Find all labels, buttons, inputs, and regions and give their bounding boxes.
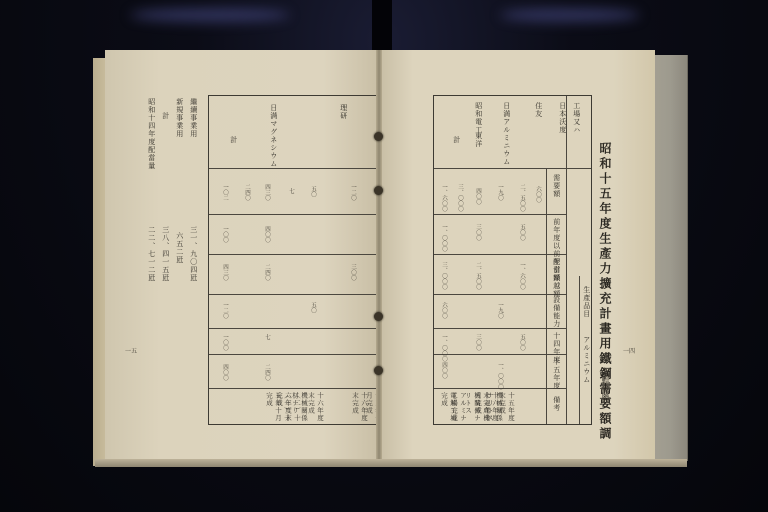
right-page: 工場又ハ 日本沃度 住友 日満アルミニウム 昭和電工 東洋 計 需要額 前年度以…	[380, 50, 655, 460]
book-gutter	[376, 50, 382, 460]
cell-value: 七	[287, 188, 295, 194]
cell-value: 三、〇〇〇	[440, 262, 448, 290]
left-page: 工場又ハ 日本マグネシウム 旭電化 理研 日满マグネシウム 計 需要額 前年度以…	[105, 50, 378, 460]
company-name: 昭和電工	[474, 102, 482, 134]
binding-hole	[374, 312, 383, 321]
company-name: 日满マグネシウム	[269, 104, 277, 168]
summary-value: 六五二瓩	[175, 232, 183, 264]
cell-value: 二四〇	[263, 364, 271, 381]
summary-value: 三一、九〇四瓩	[189, 226, 197, 282]
row-label: 需要額	[552, 174, 560, 198]
cell-value: 五〇〇	[518, 334, 526, 351]
cell-value: 四〇〇	[474, 188, 482, 205]
remark: 十六年度末完成	[351, 392, 369, 424]
cell-value: 三〇〇	[474, 334, 482, 351]
page-number: 一五	[125, 346, 137, 355]
cell-value: 一九〇	[496, 184, 504, 201]
page-number: 一四	[623, 346, 635, 355]
product-name: アルミニウム	[582, 336, 590, 384]
cell-value: 六〇〇	[440, 302, 448, 319]
cell-value: 二、五〇〇	[518, 184, 526, 212]
remark: 電解工場完成	[440, 392, 458, 424]
cell-value: 五〇〇	[518, 224, 526, 241]
cell-value: 五〇	[309, 302, 317, 313]
cell-value: 一九〇	[496, 302, 504, 319]
cell-value: 三〇〇	[349, 264, 357, 281]
summary-label: 繼續事業用	[189, 98, 197, 138]
company-name: 理研	[339, 104, 347, 120]
remark: （一）十五年十月完成	[265, 392, 292, 424]
cell-value: 一二〇	[221, 302, 229, 319]
cell-value: 五〇	[309, 186, 317, 197]
company-name: 住友	[534, 102, 542, 118]
cell-value: 四三〇	[221, 264, 229, 281]
cell-value: 一二〇	[349, 184, 357, 201]
row-label: 備考	[552, 396, 560, 412]
summary-value: 二二、七一二瓩	[147, 226, 155, 282]
product-label: 生產品目	[582, 286, 590, 318]
total-label: 計	[452, 136, 460, 144]
row-label: 十五年度	[552, 358, 560, 390]
background-light-reflection	[500, 8, 640, 22]
background-light-reflection	[130, 8, 290, 22]
summary-value: 三八、四一五瓩	[161, 226, 169, 282]
company-name: 東洋	[474, 132, 482, 148]
remark: 十六年度末完成	[307, 392, 325, 424]
company-name: 日満アルミニウム	[502, 102, 510, 166]
cell-value: 七	[263, 334, 271, 340]
summary-label: 新規事業用	[175, 98, 183, 138]
summary-label: 計	[161, 112, 169, 120]
cell-value: 二四〇	[263, 264, 271, 281]
page-bottom-edge	[95, 459, 687, 467]
cell-value: 二四〇	[243, 184, 251, 201]
remark: 十六年度末完成機械關係ナリトス	[464, 392, 500, 424]
cell-value: 一、六〇〇	[518, 262, 526, 290]
cell-value: 一、〇〇〇	[496, 362, 504, 390]
cell-value: 四〇〇	[221, 364, 229, 381]
cell-value: 一、〇〇〇	[440, 224, 448, 252]
binding-hole	[374, 132, 383, 141]
cell-value: 一、六〇〇	[440, 184, 448, 212]
cell-value: 一〇〇	[221, 334, 229, 351]
cell-value: 二、五〇〇	[474, 262, 482, 290]
cell-value: 三、〇〇〇	[456, 184, 464, 212]
cell-value: 四〇〇	[263, 226, 271, 243]
company-name: 日本沃度	[558, 102, 566, 134]
background-shadow	[372, 0, 392, 50]
cell-value: 一〇〇	[221, 226, 229, 243]
cell-value: 一〇二	[221, 184, 229, 201]
summary-label: 昭和十四年度配當量	[147, 98, 155, 170]
document-subtitle: （輕金屬）	[600, 368, 611, 408]
row-label: 差引繰越額	[552, 258, 560, 298]
row-label: 設備能力	[552, 296, 560, 328]
binding-hole	[374, 186, 383, 195]
binding-hole	[374, 366, 383, 375]
header-factory-label: 工場又ハ	[572, 102, 580, 134]
cell-value: 一、〇〇〇	[440, 334, 448, 362]
total-label: 計	[229, 136, 237, 144]
aluminium-table: 工場又ハ 日本沃度 住友 日満アルミニウム 昭和電工 東洋 計 需要額 前年度以…	[433, 95, 592, 425]
cell-value: 四〇〇	[440, 362, 448, 379]
cell-value: 六〇〇	[534, 186, 542, 203]
cell-value: 三〇〇	[474, 224, 482, 241]
cell-value: 四三〇	[263, 184, 271, 201]
